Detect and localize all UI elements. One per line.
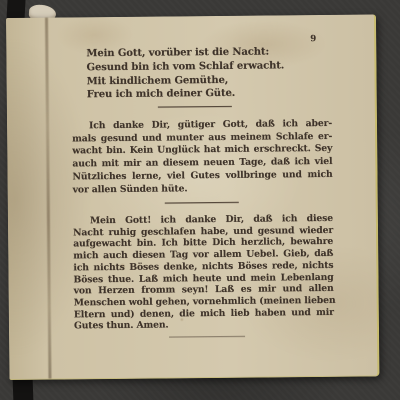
book-page: 9 Mein Gott, vorüber ist die Nacht: Gesu… [6,14,379,380]
page-fold-crease [45,18,51,379]
scanned-book-photo: 9 Mein Gott, vorüber ist die Nacht: Gesu… [0,0,400,400]
section-divider [169,336,245,338]
book-spine-bottom [13,380,34,400]
prayer-paragraph-2: Mein Gott! ich danke Dir, daß ich diese … [73,213,334,333]
section-divider [165,202,239,204]
prayer-paragraph-1: Ich danke Dir, gütiger Gott, daß ich abe… [72,118,333,197]
text-line: vor allen Sünden hüte. [73,181,333,196]
text-line: Nützliches lerne, viel Gutes vollbringe … [72,169,332,184]
page-number: 9 [302,34,324,44]
section-divider [158,106,232,108]
morning-verse: Mein Gott, vorüber ist die Nacht: Gesund… [86,45,317,102]
verse-line: Gesund bin ich vom Schlaf erwacht. [86,59,316,75]
text-line: Gutes thun. Amen. [74,318,334,332]
verse-line: Freu ich mich deiner Güte. [87,86,317,102]
